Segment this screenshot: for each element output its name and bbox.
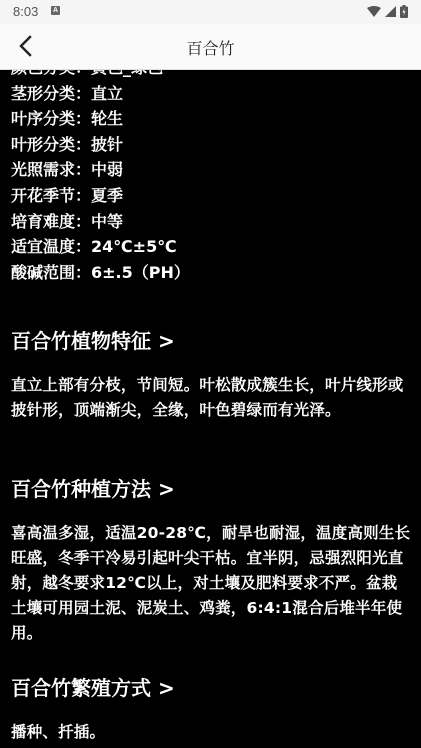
attribute-label: 适宜温度：	[11, 237, 91, 256]
section-body-characteristics: 直立上部有分枝，节间短。叶松散成簇生长，叶片线形或披针形，顶端渐尖，全缘，叶色碧…	[11, 373, 411, 423]
section-title-planting[interactable]: 百合竹种植方法 >	[11, 475, 411, 503]
section-characteristics: 百合竹植物特征 > 直立上部有分枝，节间短。叶松散成簇生长，叶片线形或披针形，顶…	[11, 327, 411, 423]
section-title-characteristics[interactable]: 百合竹植物特征 >	[11, 327, 411, 355]
attribute-row-color: 颜色分类：黄色_绿色	[11, 70, 190, 81]
attribute-label: 酸碱范围：	[11, 263, 91, 282]
section-body-planting: 喜高温多湿，适温20-28℃，耐旱也耐湿，温度高则生长旺盛，冬季干冷易引起叶尖干…	[11, 521, 411, 646]
attribute-value: 6±.5（PH）	[91, 263, 190, 282]
attribute-value: 中等	[91, 212, 123, 231]
signal-icon	[385, 6, 396, 17]
status-bar: 8:03 A	[0, 0, 421, 24]
section-planting: 百合竹种植方法 > 喜高温多湿，适温20-28℃，耐旱也耐湿，温度高则生长旺盛，…	[11, 475, 411, 646]
attribute-row-light: 光照需求：中弱	[11, 157, 190, 183]
toolbar: 百合竹	[0, 24, 421, 70]
attribute-row-difficulty: 培育难度：中等	[11, 209, 190, 235]
attribute-row-leaf-shape: 叶形分类：披针	[11, 132, 190, 158]
wifi-icon	[367, 6, 381, 17]
attribute-row-leaf-arrangement: 叶序分类：轮生	[11, 106, 190, 132]
attribute-row-ph: 酸碱范围：6±.5（PH）	[11, 260, 190, 286]
attribute-list: 颜色分类：黄色_绿色 茎形分类：直立 叶序分类：轮生 叶形分类：披针 光照需求：…	[11, 70, 190, 285]
page-title: 百合竹	[0, 36, 421, 59]
attribute-value: 轮生	[91, 109, 123, 128]
attribute-row-flowering: 开花季节：夏季	[11, 183, 190, 209]
attribute-label: 叶形分类：	[11, 135, 91, 154]
attribute-label: 颜色分类：	[11, 70, 91, 77]
attribute-value: 中弱	[91, 160, 123, 179]
notification-icon: A	[51, 6, 60, 15]
attribute-value: 24℃±5℃	[91, 237, 177, 256]
attribute-value: 黄色_绿色	[91, 70, 163, 77]
section-body-propagation: 播种、扦插。	[11, 720, 411, 745]
attribute-row-temperature: 适宜温度：24℃±5℃	[11, 234, 190, 260]
attribute-value: 披针	[91, 135, 123, 154]
attribute-label: 培育难度：	[11, 212, 91, 231]
attribute-label: 叶序分类：	[11, 109, 91, 128]
section-title-propagation[interactable]: 百合竹繁殖方式 >	[11, 674, 411, 702]
attribute-value: 夏季	[91, 186, 123, 205]
attribute-value: 直立	[91, 84, 123, 103]
attribute-label: 光照需求：	[11, 160, 91, 179]
plant-detail-content[interactable]: 颜色分类：黄色_绿色 茎形分类：直立 叶序分类：轮生 叶形分类：披针 光照需求：…	[0, 70, 421, 748]
status-icons	[367, 5, 408, 18]
status-time: 8:03	[13, 4, 38, 19]
battery-icon	[400, 5, 408, 18]
attribute-row-stem: 茎形分类：直立	[11, 81, 190, 107]
attribute-label: 茎形分类：	[11, 84, 91, 103]
attribute-label: 开花季节：	[11, 186, 91, 205]
section-propagation: 百合竹繁殖方式 > 播种、扦插。	[11, 674, 411, 745]
